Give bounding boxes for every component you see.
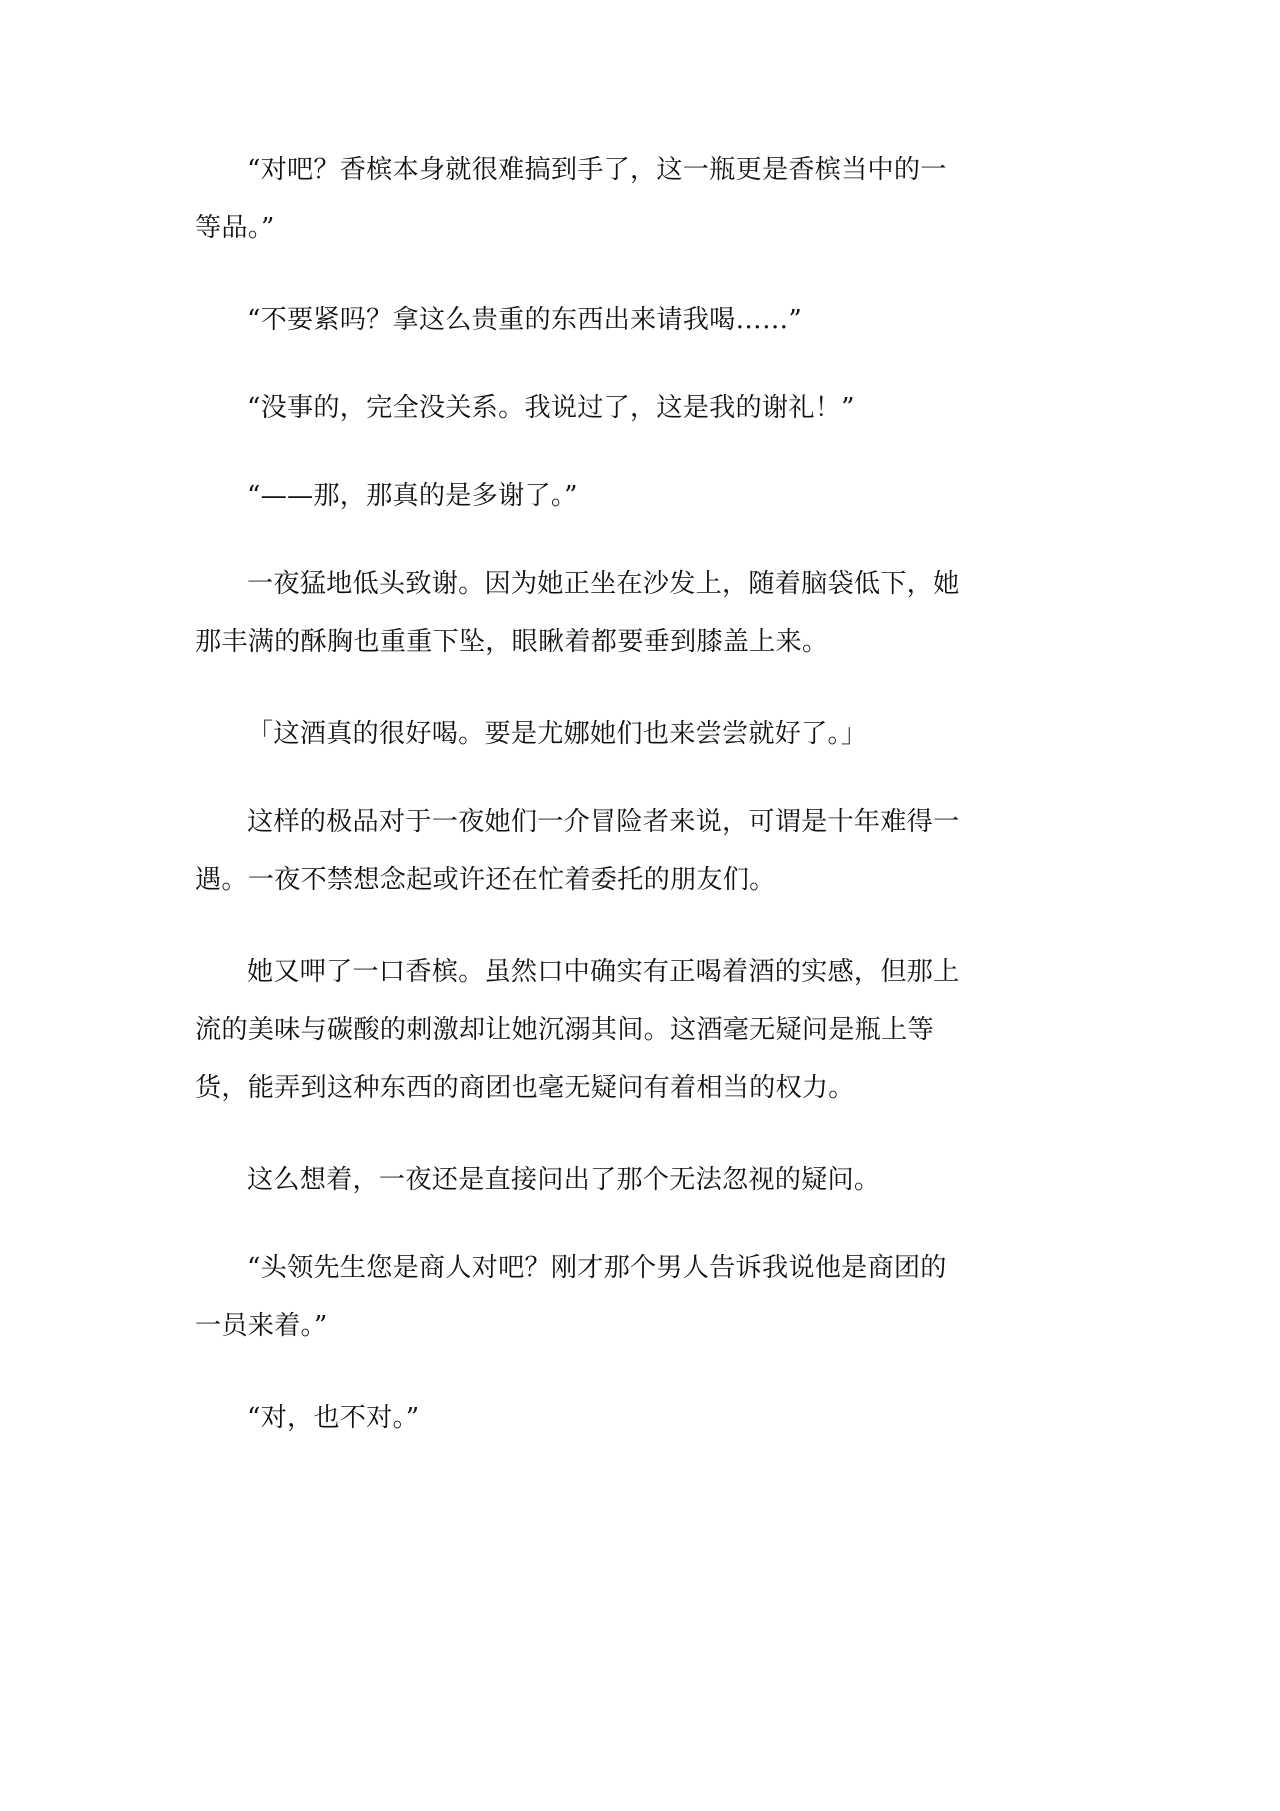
paragraph-4: “——那，那真的是多谢了。”	[195, 467, 1067, 525]
document-page: “对吧？香槟本身就很难搞到手了，这一瓶更是香槟当中的一 等品。” “不要紧吗？拿…	[195, 141, 1067, 1477]
text-line: “对，也不对。”	[195, 1389, 1067, 1447]
text-line: 「这酒真的很好喝。要是尤娜她们也来尝尝就好了。」	[195, 705, 1067, 763]
text-line: “没事的，完全没关系。我说过了，这是我的谢礼！”	[195, 379, 1067, 437]
text-line: 一夜猛地低头致谢。因为她正坐在沙发上，随着脑袋低下，她	[195, 555, 1067, 613]
text-line: “头领先生您是商人对吧？刚才那个男人告诉我说他是商团的	[195, 1239, 1067, 1297]
paragraph-1: “对吧？香槟本身就很难搞到手了，这一瓶更是香槟当中的一 等品。”	[195, 141, 1067, 257]
text-line: 这样的极品对于一夜她们一介冒险者来说，可谓是十年难得一	[195, 793, 1067, 851]
paragraph-5: 一夜猛地低头致谢。因为她正坐在沙发上，随着脑袋低下，她 那丰满的酥胸也重重下坠，…	[195, 555, 1067, 671]
paragraph-11: “对，也不对。”	[195, 1389, 1067, 1447]
text-line: 流的美味与碳酸的刺激却让她沉溺其间。这酒毫无疑问是瓶上等	[195, 1001, 1067, 1059]
text-line: “不要紧吗？拿这么贵重的东西出来请我喝……”	[195, 291, 1067, 349]
text-line: “对吧？香槟本身就很难搞到手了，这一瓶更是香槟当中的一	[195, 141, 1067, 199]
text-line: 这么想着，一夜还是直接问出了那个无法忽视的疑问。	[195, 1151, 1067, 1209]
text-line: 等品。”	[195, 199, 1067, 257]
paragraph-6: 「这酒真的很好喝。要是尤娜她们也来尝尝就好了。」	[195, 705, 1067, 763]
paragraph-10: “头领先生您是商人对吧？刚才那个男人告诉我说他是商团的 一员来着。”	[195, 1239, 1067, 1355]
text-line: 遇。一夜不禁想念起或许还在忙着委托的朋友们。	[195, 851, 1067, 909]
paragraph-9: 这么想着，一夜还是直接问出了那个无法忽视的疑问。	[195, 1151, 1067, 1209]
paragraph-8: 她又呷了一口香槟。虽然口中确实有正喝着酒的实感，但那上 流的美味与碳酸的刺激却让…	[195, 943, 1067, 1117]
text-line: 一员来着。”	[195, 1297, 1067, 1355]
text-line: 那丰满的酥胸也重重下坠，眼瞅着都要垂到膝盖上来。	[195, 613, 1067, 671]
text-line: “——那，那真的是多谢了。”	[195, 467, 1067, 525]
text-line: 货，能弄到这种东西的商团也毫无疑问有着相当的权力。	[195, 1059, 1067, 1117]
paragraph-7: 这样的极品对于一夜她们一介冒险者来说，可谓是十年难得一 遇。一夜不禁想念起或许还…	[195, 793, 1067, 909]
text-line: 她又呷了一口香槟。虽然口中确实有正喝着酒的实感，但那上	[195, 943, 1067, 1001]
paragraph-3: “没事的，完全没关系。我说过了，这是我的谢礼！”	[195, 379, 1067, 437]
paragraph-2: “不要紧吗？拿这么贵重的东西出来请我喝……”	[195, 291, 1067, 349]
